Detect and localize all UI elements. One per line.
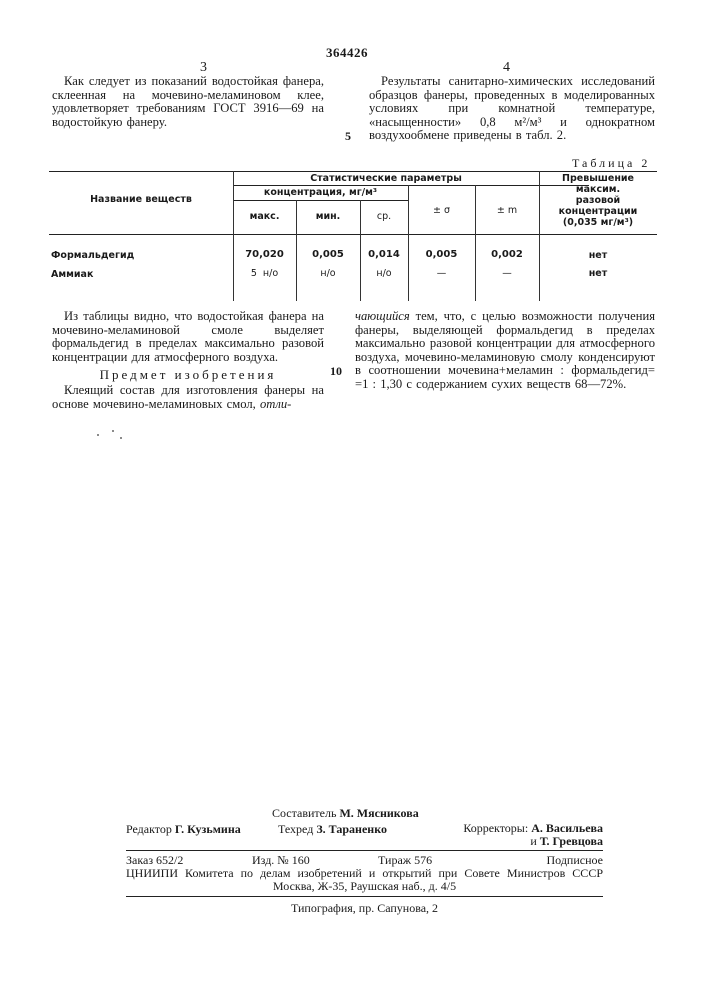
imprint-printing: Типография, пр. Сапунова, 2 bbox=[126, 901, 603, 916]
left-paragraph-1: Как следует из показаний водостойкая фан… bbox=[52, 75, 324, 129]
cell-min: н/о bbox=[296, 268, 360, 279]
line-number-5: 5 bbox=[345, 129, 351, 144]
cell-m: 0,002 bbox=[475, 249, 539, 260]
header-concentration: концентрация, мг/м³ bbox=[233, 187, 408, 198]
header-min: мин. bbox=[296, 211, 360, 222]
scan-speck bbox=[97, 434, 99, 436]
section-title: Предмет изобретения bbox=[0, 367, 376, 383]
header-stat-params: Статистические параметры bbox=[233, 173, 539, 184]
cell-avg: 0,014 bbox=[360, 249, 408, 260]
header-exceed: Превышение максим. разовой концентрации … bbox=[539, 173, 657, 228]
cell-exceed: нет bbox=[539, 268, 657, 279]
header-sigma: ± σ bbox=[408, 205, 475, 216]
cell-m: — bbox=[475, 268, 539, 279]
left-paragraph-2: Из таблицы видно, что водостойкая фанера… bbox=[52, 310, 324, 364]
imprint-compiler: Составитель М. Мясникова bbox=[272, 806, 419, 821]
cell-max: 5 н/о bbox=[233, 268, 296, 279]
right-paragraph-1: Результаты санитарно-химических исследов… bbox=[369, 75, 655, 143]
scan-speck bbox=[120, 437, 122, 439]
header-m: ± m bbox=[475, 205, 539, 216]
cell-exceed: нет bbox=[539, 250, 657, 261]
imprint-order-line: Заказ 652/2 Изд. № 160 Тираж 576 Подписн… bbox=[126, 853, 603, 867]
imprint-rule-bottom bbox=[126, 896, 603, 897]
patent-number: 364426 bbox=[326, 45, 368, 61]
scan-speck bbox=[112, 430, 114, 432]
cell-min: 0,005 bbox=[296, 249, 360, 260]
table-2: Название веществ Статистические параметр… bbox=[49, 171, 657, 301]
header-name: Название веществ bbox=[49, 194, 233, 205]
cell-avg: н/о bbox=[360, 268, 408, 279]
imprint-editor: Редактор Г. Кузьмина bbox=[126, 822, 241, 837]
cell-sigma: 0,005 bbox=[408, 249, 475, 260]
imprint-rule-top bbox=[126, 850, 603, 851]
imprint-address: Москва, Ж-35, Раушская наб., д. 4/5 bbox=[126, 879, 603, 894]
header-avg: ср. bbox=[360, 211, 408, 222]
line-number-10: 10 bbox=[330, 364, 342, 379]
row-name: Формальдегид bbox=[51, 250, 134, 261]
imprint-correctors: Корректоры: А. Васильева и Т. Гревцова bbox=[420, 822, 603, 848]
right-paragraph-2: чающийся тем, что, с целью возможности п… bbox=[355, 310, 655, 392]
header-max: макс. bbox=[233, 211, 296, 222]
cell-max: 70,020 bbox=[233, 249, 296, 260]
table-caption: Таблица 2 bbox=[572, 156, 650, 171]
left-paragraph-3: Клеящий состав для изготовления фанеры н… bbox=[52, 384, 324, 411]
imprint-techred: Техред З. Тараненко bbox=[278, 822, 387, 837]
row-name: Аммиак bbox=[51, 269, 93, 280]
cell-sigma: — bbox=[408, 268, 475, 279]
